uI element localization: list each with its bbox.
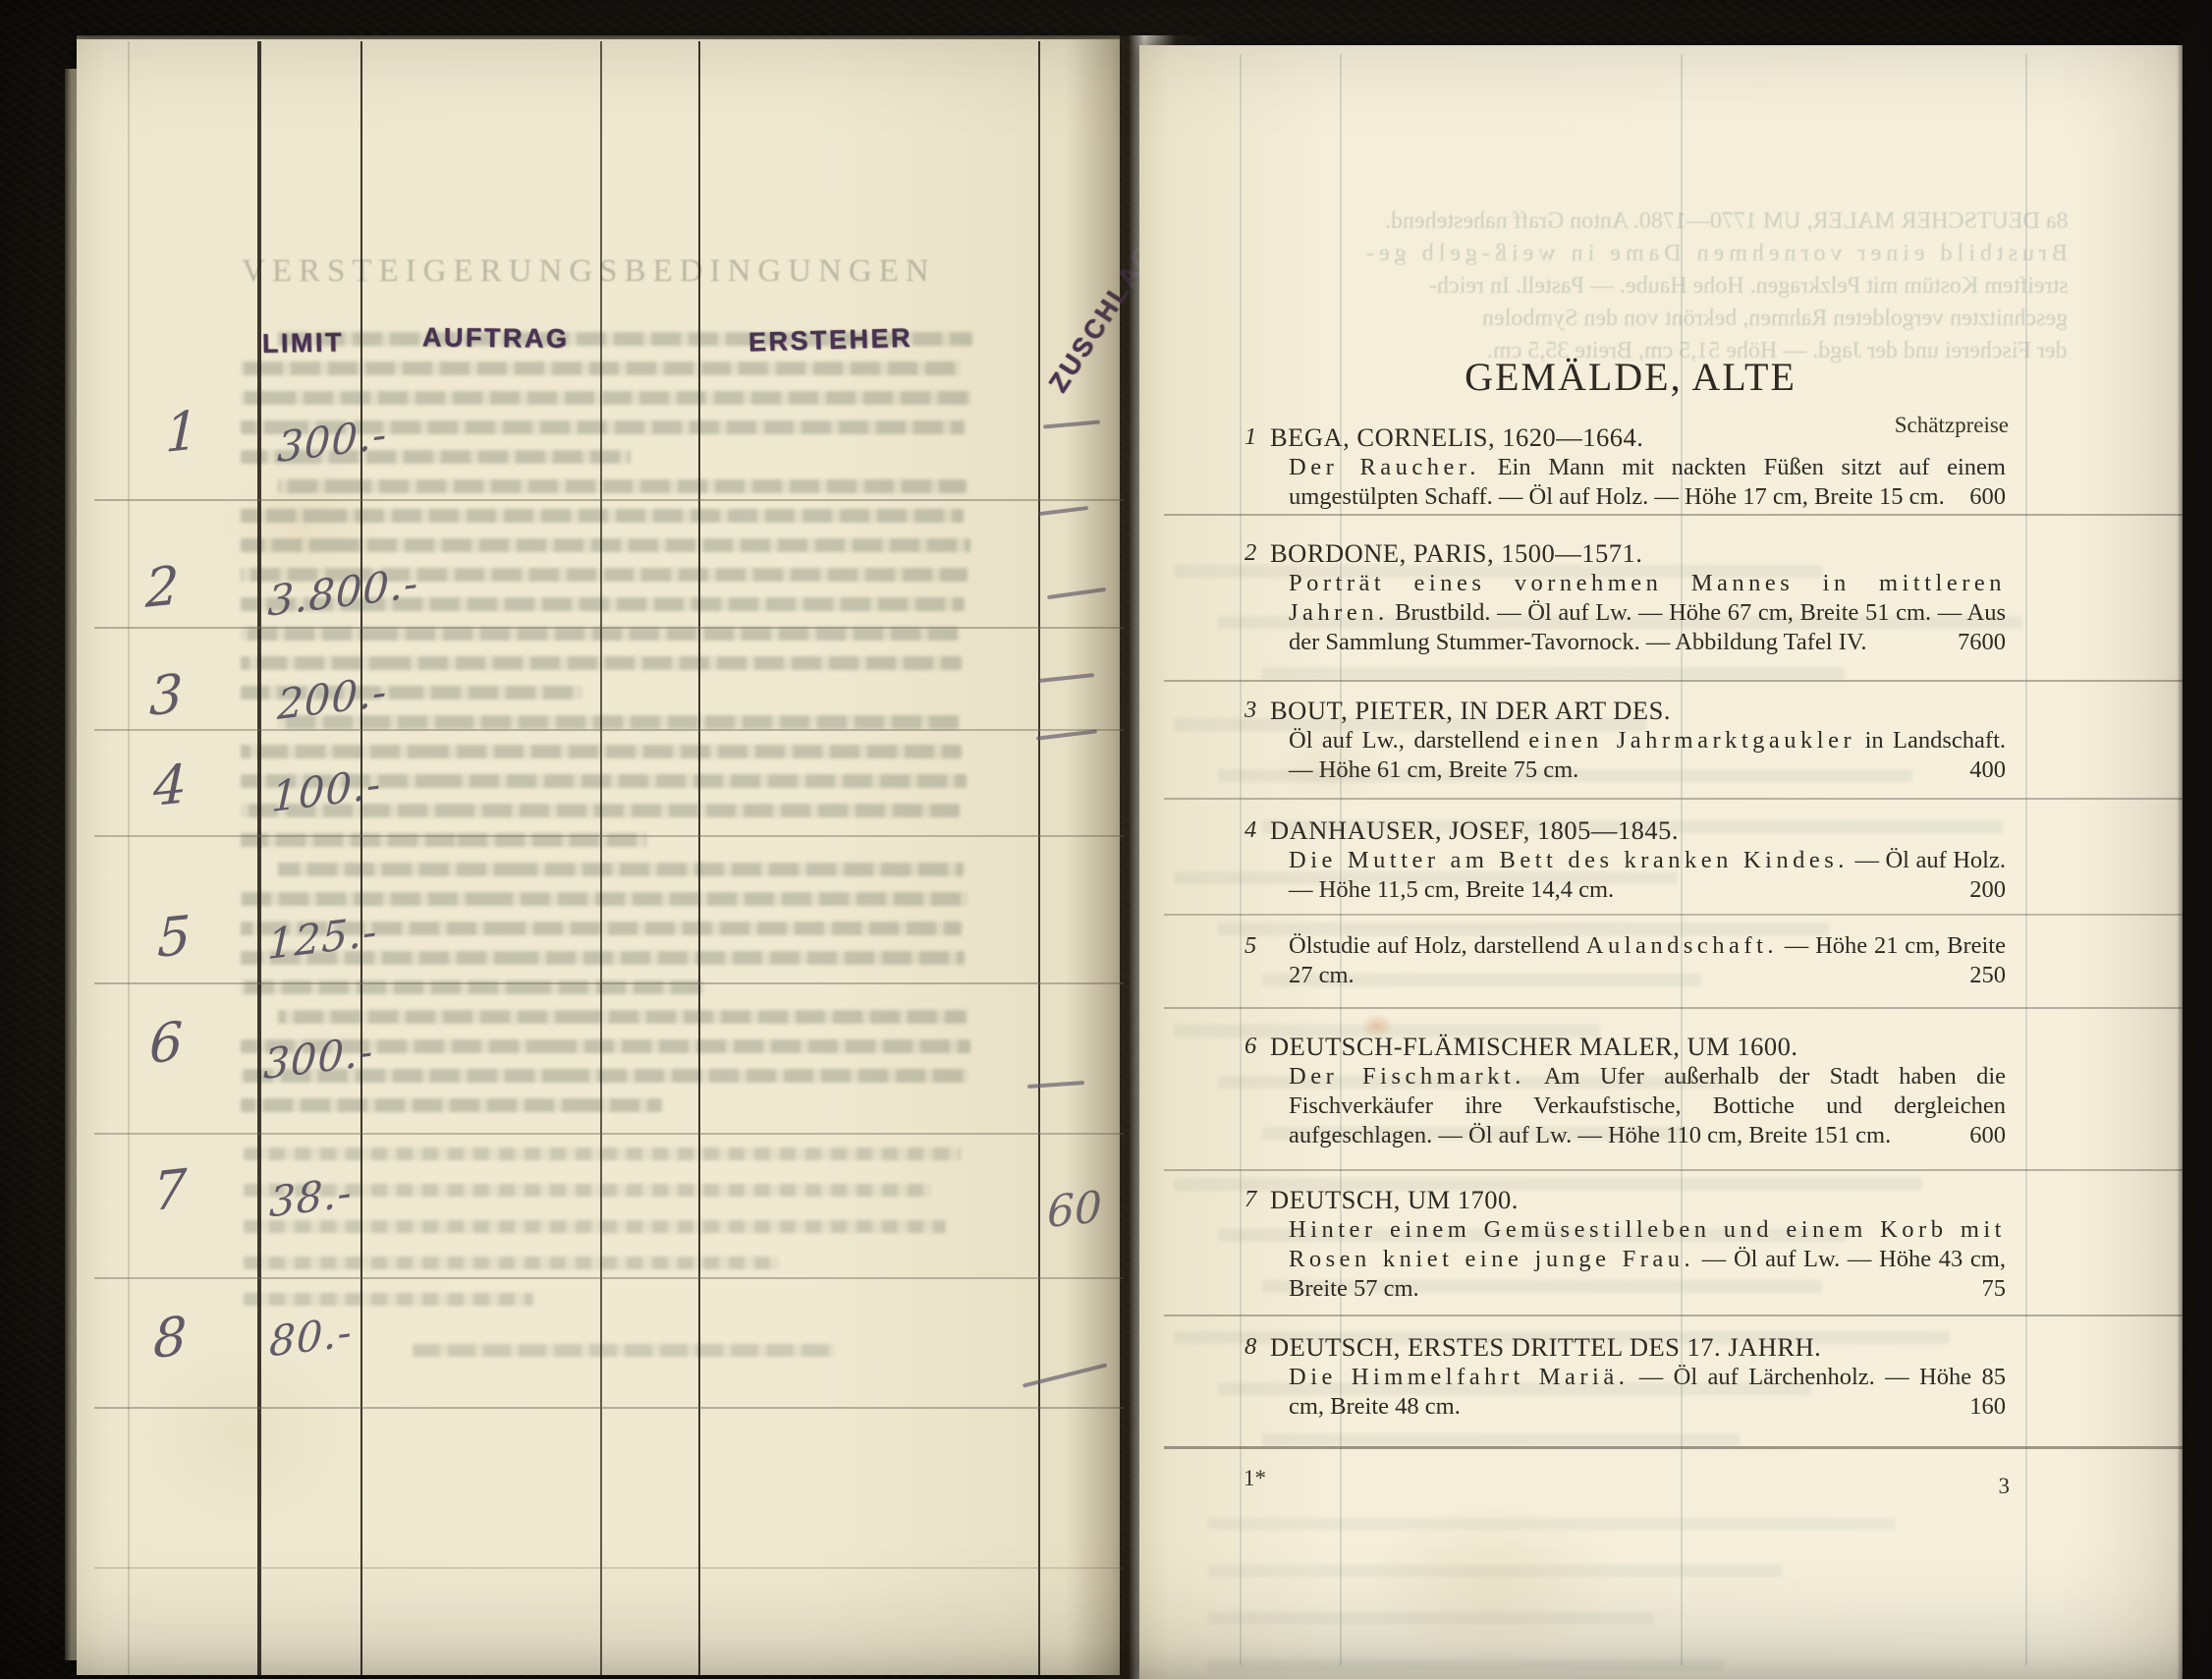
entry-separator <box>1164 514 2183 516</box>
ghost-title-versteigerungsbedingungen: VERSTEIGERUNGSBEDINGUNGEN <box>242 253 1008 290</box>
page-stack-edge <box>65 69 77 1660</box>
ersteher-stamp: ERSTEHER <box>748 323 913 359</box>
catalog-entry: 4DANHAUSER, JOSEF, 1805—1845.Die Mutter … <box>1243 815 2006 905</box>
lot-number: 4 <box>153 753 188 818</box>
entry-number: 7 <box>1244 1185 1256 1214</box>
catalog-entry: 6DEUTSCH-FLÄMISCHER MALER, UM 1600.Der F… <box>1243 1032 2006 1150</box>
catalog-entry: 5Ölstudie auf Holz, darstellend Aulandsc… <box>1243 931 2006 990</box>
auftrag-stamp: AUFTRAG <box>422 322 570 355</box>
entry-description: Porträt eines vornehmen Mannes in mittle… <box>1289 569 2006 657</box>
entry-price: 75 <box>1982 1274 2007 1304</box>
column-rule <box>600 41 602 1675</box>
entry-description: Ölstudie auf Holz, darstellend Aulandsch… <box>1289 931 2006 990</box>
entry-number: 4 <box>1244 815 1256 845</box>
entry-separator <box>1164 680 2183 682</box>
page-number: 3 <box>1980 1474 2010 1499</box>
entry-price: 160 <box>1969 1392 2006 1422</box>
column-rule <box>360 41 362 1675</box>
entry-title-spaced: Die Mutter am Bett des kranken Kindes. <box>1289 847 1849 873</box>
limit-value: 38.- <box>268 1168 353 1227</box>
entry-header: DEUTSCH, UM 1700. <box>1270 1185 2006 1215</box>
ghost-text-line <box>1208 1518 1895 1530</box>
ghost-text-line <box>241 1098 662 1112</box>
column-rule <box>257 41 261 1675</box>
ghost-text-line <box>241 538 970 552</box>
entry-description: Der Fischmarkt. Am Ufer außerhalb der St… <box>1289 1062 2006 1150</box>
ghost-text-line <box>244 1220 946 1233</box>
ghost-text-line <box>1208 1565 1782 1577</box>
entry-separator <box>1164 914 2183 916</box>
lot-number: 2 <box>145 554 180 620</box>
row-line <box>94 729 1124 731</box>
entry-number: 5 <box>1244 931 1256 961</box>
book-edge-right <box>2177 0 2212 1679</box>
entry-number: 8 <box>1244 1332 1256 1362</box>
entry-description: Die Himmelfahrt Mariä. — Öl auf Lärchenh… <box>1289 1363 2006 1422</box>
ghost-text-line <box>241 509 964 523</box>
entry-number: 1 <box>1244 422 1256 452</box>
bleed-text-line: geschnitzten vergoldeten Rahmen, bekrönt… <box>1482 306 2068 332</box>
ghost-text-line <box>278 715 959 729</box>
row-line <box>94 1567 1124 1569</box>
ghost-text-line <box>241 892 968 906</box>
entry-price: 200 <box>1969 875 2006 905</box>
zuschlag-note: 60 <box>1047 1182 1102 1238</box>
column-rule <box>1038 41 1040 1675</box>
entry-title-spaced: Die Himmelfahrt Mariä. <box>1289 1364 1629 1390</box>
entry-separator <box>1164 798 2183 800</box>
entry-number: 2 <box>1244 538 1256 568</box>
entry-description: Die Mutter am Bett des kranken Kindes. —… <box>1289 846 2006 905</box>
entry-title-spaced: einen Jahrmarktgaukler <box>1528 727 1855 754</box>
entry-description: Der Raucher. Ein Mann mit nackten Füßen … <box>1289 453 2006 512</box>
entry-description: Öl auf Lw., darstellend einen Jahrmarktg… <box>1289 726 2006 785</box>
lot-number: 5 <box>157 904 192 970</box>
entry-separator <box>1164 1446 2183 1449</box>
ghost-text-line <box>278 479 967 493</box>
catalog-entry: 3BOUT, PIETER, IN DER ART DES.Öl auf Lw.… <box>1243 696 2006 785</box>
entry-separator <box>1164 1169 2183 1171</box>
auction-catalog-photo: VERSTEIGERUNGSBEDINGUNGEN LIMIT AUFTRAG … <box>0 0 2212 1679</box>
row-line <box>94 1407 1124 1409</box>
entry-description: Hinter einem Gemüsestilleben und einem K… <box>1289 1215 2006 1304</box>
lot-number: 7 <box>153 1157 188 1223</box>
catalog-entry: 2BORDONE, PARIS, 1500—1571.Porträt eines… <box>1243 538 2006 657</box>
entry-header: BEGA, CORNELIS, 1620—1664. <box>1270 422 2006 453</box>
entry-header: DANHAUSER, JOSEF, 1805—1845. <box>1270 815 2006 846</box>
row-line <box>94 1133 1124 1135</box>
ghost-text-line <box>241 391 971 405</box>
entry-separator <box>1164 1007 2183 1009</box>
ghost-text-line <box>278 1010 967 1024</box>
entry-price: 400 <box>1969 756 2006 785</box>
entry-title-spaced: Der Fischmarkt. <box>1289 1063 1525 1090</box>
entry-header: BOUT, PIETER, IN DER ART DES. <box>1270 696 2006 726</box>
catalog-entry: 7DEUTSCH, UM 1700.Hinter einem Gemüsesti… <box>1243 1185 2006 1304</box>
entry-number: 3 <box>1244 696 1256 725</box>
signature-mark: 1* <box>1244 1466 1266 1491</box>
bleed-text-line: streiftem Kostüm mit Pelzkragen. Hohe Ha… <box>1429 273 2069 300</box>
ghost-text-line <box>278 863 964 876</box>
margin-rule <box>128 41 130 1675</box>
entry-price: 250 <box>1969 961 2006 990</box>
entry-text: Ölstudie auf Holz, darstellend <box>1289 932 1586 959</box>
ghost-text-line <box>244 1293 533 1306</box>
lot-number: 6 <box>149 1010 184 1076</box>
row-line <box>94 982 1124 984</box>
catalog-section-title: GEMÄLDE, ALTE <box>1405 354 1856 400</box>
entry-header: BORDONE, PARIS, 1500—1571. <box>1270 538 2006 569</box>
ghost-column-line <box>1240 54 1242 1665</box>
entry-separator <box>1164 1315 2183 1316</box>
lot-number: 3 <box>149 662 184 728</box>
column-rule <box>698 41 700 1675</box>
entry-price: 7600 <box>1958 628 2006 657</box>
row-line <box>94 499 1124 501</box>
ghost-text-line <box>1208 1659 1724 1671</box>
entry-header: DEUTSCH-FLÄMISCHER MALER, UM 1600. <box>1270 1032 2006 1062</box>
row-line <box>94 1277 1124 1279</box>
row-line <box>94 627 1124 629</box>
entry-price: 600 <box>1969 482 2006 512</box>
entry-number: 6 <box>1244 1032 1256 1061</box>
ghost-text-line <box>244 1147 961 1160</box>
ghost-text-line <box>1262 667 1845 680</box>
ghost-text-line <box>1208 1612 1654 1624</box>
bleed-text-line: Brustbild einer vornehmen Dame in weiß-g… <box>1361 241 2068 267</box>
lot-number: 8 <box>153 1305 188 1371</box>
limit-stamp: LIMIT <box>262 327 345 359</box>
lot-number: 1 <box>165 399 199 465</box>
catalog-entry: 8DEUTSCH, ERSTES DRITTEL DES 17. JAHRH.D… <box>1243 1332 2006 1422</box>
entry-header: DEUTSCH, ERSTES DRITTEL DES 17. JAHRH. <box>1270 1332 2006 1363</box>
entry-title-spaced: Der Raucher. <box>1289 454 1480 480</box>
ghost-text-line <box>1262 1433 1740 1446</box>
catalog-entry: 1BEGA, CORNELIS, 1620—1664.Der Raucher. … <box>1243 422 2006 512</box>
entry-price: 600 <box>1969 1121 2006 1150</box>
row-line <box>94 835 1124 837</box>
entry-title-spaced: Aulandschaft. <box>1586 932 1778 959</box>
entry-text: Öl auf Lw., darstellend <box>1289 727 1528 754</box>
bleed-text-line: 8a DEUTSCHER MALER, UM 1770—1780. Anton … <box>1385 208 2068 235</box>
limit-value: 80.- <box>268 1308 353 1367</box>
entry-text: Brustbild. — Öl auf Lw. — Höhe 67 cm, Br… <box>1289 599 2006 655</box>
ghost-text-line <box>413 1344 835 1357</box>
